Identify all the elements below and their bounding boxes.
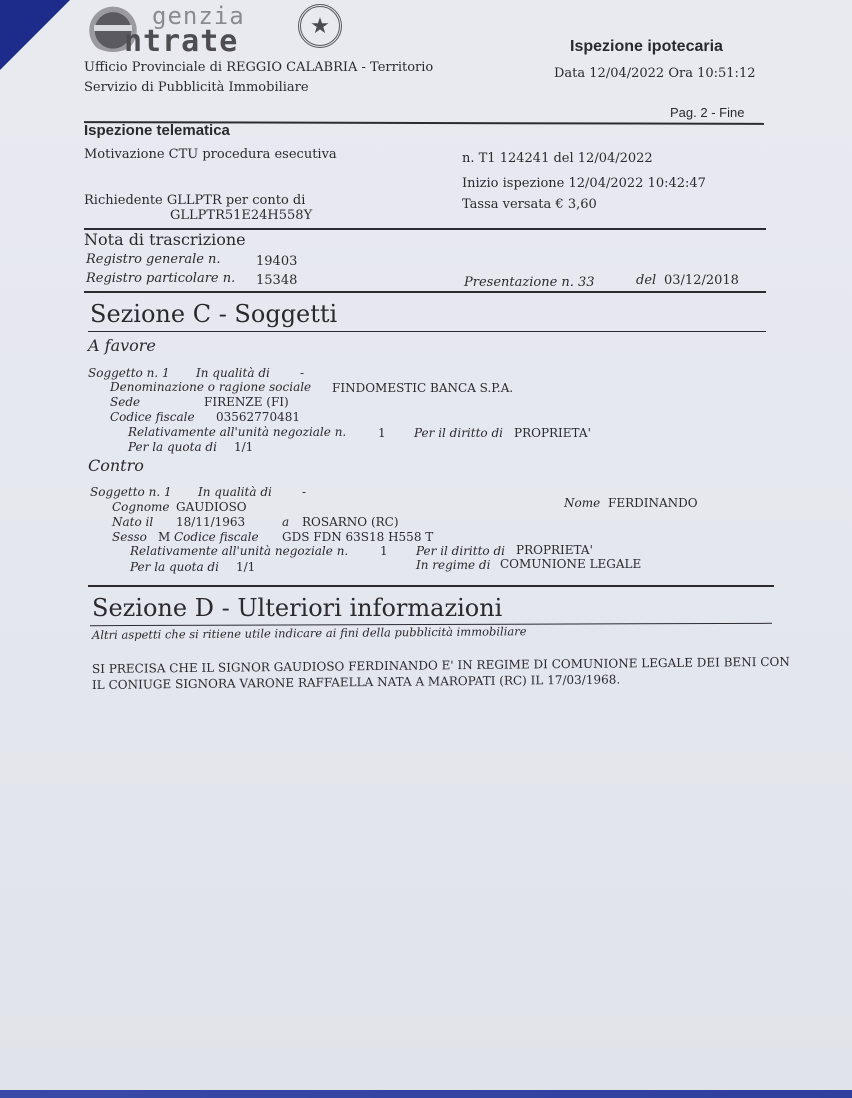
against-quality-label: In qualità di	[198, 485, 272, 499]
logo-entrate-text: ntrate	[124, 24, 238, 59]
against-right-value: PROPRIETA'	[516, 543, 593, 557]
date-time: Data 12/04/2022 Ora 10:51:12	[554, 66, 755, 81]
document-type: Ispezione ipotecaria	[570, 38, 723, 56]
del-value: 03/12/2018	[664, 273, 739, 288]
divider	[88, 585, 774, 587]
section-d-text-line-1: SI PRECISA CHE IL SIGNOR GAUDIOSO FERDIN…	[92, 655, 790, 676]
favor-right-value: PROPRIETA'	[514, 426, 591, 440]
requester-line-1: Richiedente GLLPTR per conto di	[84, 193, 305, 208]
favor-tax-value: 03562770481	[216, 410, 300, 424]
section-d-title: Sezione D - Ulteriori informazioni	[92, 594, 502, 622]
against-born-value: 18/11/1963	[176, 515, 245, 529]
against-share-value: 1/1	[236, 560, 255, 574]
favor-heading: A favore	[88, 336, 156, 355]
motivation: Motivazione CTU procedura esecutiva	[84, 147, 337, 162]
against-firstname-value: FERDINANDO	[608, 496, 698, 510]
favor-tax-label: Codice fiscale	[110, 410, 195, 424]
favor-quality-label: In qualità di	[196, 366, 270, 380]
against-born-place-value: ROSARNO (RC)	[302, 515, 399, 529]
against-born-place-label: a	[282, 515, 289, 529]
against-surname-value: GAUDIOSO	[176, 500, 247, 514]
against-born-label: Nato il	[112, 515, 153, 529]
section-c-title: Sezione C - Soggetti	[90, 300, 337, 328]
against-unit-value: 1	[380, 544, 388, 558]
favor-name-label: Denominazione o ragione sociale	[110, 380, 311, 394]
favor-unit-label: Relativamente all'unità negoziale n.	[128, 425, 346, 439]
against-surname-label: Cognome	[112, 500, 170, 514]
fee-paid: Tassa versata € 3,60	[462, 197, 597, 212]
against-subject-label: Soggetto n. 1	[90, 485, 172, 499]
inspection-number: n. T1 124241 del 12/04/2022	[462, 151, 653, 166]
italian-emblem-icon: ★	[298, 4, 342, 48]
against-tax-value: GDS FDN 63S18 H558 T	[282, 530, 433, 544]
against-heading: Contro	[88, 456, 144, 475]
reg-particular-label: Registro particolare n.	[86, 271, 235, 286]
background-bottom-edge	[0, 1090, 852, 1098]
against-regime-label: In regime di	[416, 558, 490, 572]
presentation: Presentazione n. 33	[464, 275, 595, 290]
divider	[84, 291, 766, 293]
page-indicator: Pag. 2 - Fine	[670, 105, 744, 120]
office-line: Ufficio Provinciale di REGGIO CALABRIA -…	[84, 60, 433, 75]
against-firstname-label: Nome	[564, 496, 600, 510]
against-right-label: Per il diritto di	[416, 544, 505, 558]
inspection-title: Ispezione telematica	[84, 122, 230, 139]
divider	[88, 331, 766, 332]
against-sex-value: M	[158, 530, 170, 544]
against-regime-value: COMUNIONE LEGALE	[500, 557, 641, 571]
inspection-start: Inizio ispezione 12/04/2022 10:42:47	[462, 176, 706, 191]
favor-right-label: Per il diritto di	[414, 426, 503, 440]
against-sex-label: Sesso	[112, 530, 147, 544]
service-line: Servizio di Pubblicità Immobiliare	[84, 80, 309, 95]
against-quality-value: -	[302, 485, 306, 499]
favor-quality-value: -	[300, 366, 304, 380]
background-corner	[0, 0, 70, 70]
section-d-text-line-2: IL CONIUGE SIGNORA VARONE RAFFAELLA NATA…	[92, 672, 620, 692]
del-label: del	[636, 273, 656, 288]
favor-seat-label: Sede	[110, 395, 140, 409]
favor-subject-label: Soggetto n. 1	[88, 366, 170, 380]
reg-general-label: Registro generale n.	[86, 252, 221, 267]
favor-share-label: Per la quota di	[128, 440, 217, 454]
favor-share-value: 1/1	[234, 440, 253, 454]
favor-unit-value: 1	[378, 426, 386, 440]
reg-general-value: 19403	[256, 254, 297, 269]
against-share-label: Per la quota di	[130, 560, 219, 574]
favor-seat-value: FIRENZE (FI)	[204, 395, 289, 409]
requester-code: GLLPTR51E24H558Y	[170, 208, 312, 223]
favor-name-value: FINDOMESTIC BANCA S.P.A.	[332, 381, 513, 395]
against-unit-label: Relativamente all'unità negoziale n.	[130, 544, 348, 558]
reg-particular-value: 15348	[256, 273, 297, 288]
section-d-subtitle: Altri aspetti che si ritiene utile indic…	[92, 624, 527, 642]
against-tax-label: Codice fiscale	[174, 530, 259, 544]
note-title: Nota di trascrizione	[84, 230, 246, 249]
